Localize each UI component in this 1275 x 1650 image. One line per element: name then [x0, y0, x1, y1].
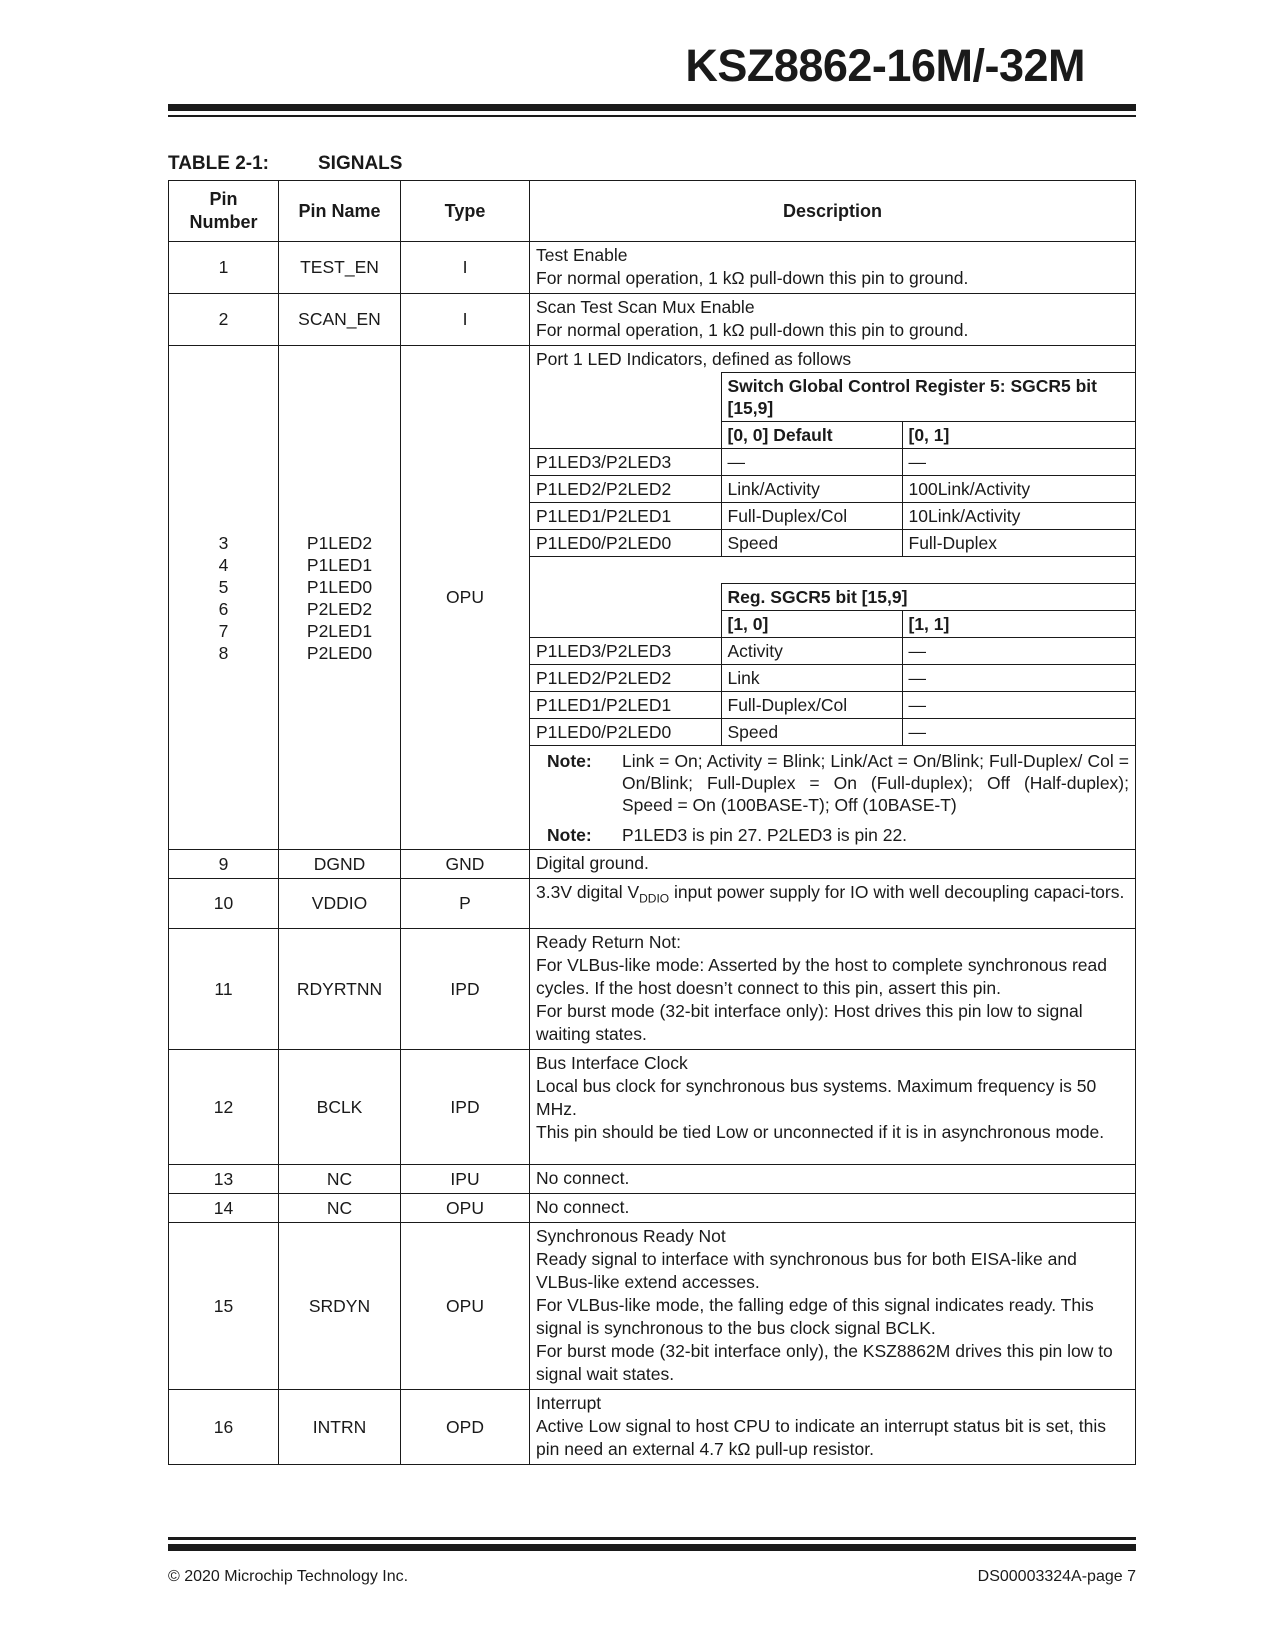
pin-number: 16: [169, 1390, 279, 1465]
footer-rule-thin: [168, 1537, 1136, 1540]
led-row: P1LED3/P2LED3Activity—: [530, 638, 1135, 665]
pin-description: 3.3V digital VDDIO input power supply fo…: [530, 879, 1136, 929]
led-note: Note: P1LED3 is pin 27. P2LED3 is pin 22…: [530, 824, 1135, 846]
pin-number: 11: [169, 929, 279, 1050]
table-row: 1 TEST_EN I Test EnableFor normal operat…: [169, 242, 1136, 294]
pin-description: Ready Return Not:For VLBus-like mode: As…: [530, 929, 1136, 1050]
table-caption: TABLE 2-1:SIGNALS: [168, 153, 402, 175]
led-col-header: [1, 1]: [902, 611, 1135, 638]
pin-description: Scan Test Scan Mux EnableFor normal oper…: [530, 294, 1136, 346]
led-note: Note: Link = On; Activity = Blink; Link/…: [530, 750, 1135, 816]
pin-number: 1: [169, 242, 279, 294]
header-pin-number: Pin Number: [169, 181, 279, 242]
led-mode-table-1: Switch Global Control Register 5: SGCR5 …: [530, 372, 1135, 583]
led-col-header: [0, 0] Default: [721, 422, 902, 449]
table-row: 11 RDYRTNN IPD Ready Return Not:For VLBu…: [169, 929, 1136, 1050]
footer-copyright: © 2020 Microchip Technology Inc.: [168, 1568, 408, 1586]
footer-rule-thick: [168, 1544, 1136, 1551]
header-rule-thick: [168, 104, 1136, 111]
table-row: 15 SRDYN OPU Synchronous Ready NotReady …: [169, 1223, 1136, 1390]
pin-number: 2: [169, 294, 279, 346]
led-group-header: Reg. SGCR5 bit [15,9]: [721, 584, 1135, 611]
pin-name: DGND: [279, 850, 401, 879]
pin-type: OPU: [401, 1194, 530, 1223]
signals-table: Pin Number Pin Name Type Description 1 T…: [168, 180, 1136, 1465]
led-row: P1LED2/P2LED2Link—: [530, 665, 1135, 692]
led-row: P1LED2/P2LED2Link/Activity100Link/Activi…: [530, 476, 1135, 503]
pin-description: InterruptActive Low signal to host CPU t…: [530, 1390, 1136, 1465]
table-caption-title: SIGNALS: [318, 153, 402, 174]
pin-type: OPU: [401, 346, 530, 850]
pin-name: INTRN: [279, 1390, 401, 1465]
table-row: 9 DGND GND Digital ground.: [169, 850, 1136, 879]
header-type: Type: [401, 181, 530, 242]
led-description: Port 1 LED Indicators, defined as follow…: [530, 346, 1136, 850]
footer-page-ref: DS00003324A-page 7: [978, 1568, 1136, 1586]
pin-description: No connect.: [530, 1194, 1136, 1223]
table-row: 14 NC OPU No connect.: [169, 1194, 1136, 1223]
table-row: 16 INTRN OPD InterruptActive Low signal …: [169, 1390, 1136, 1465]
header-rule-thin: [168, 115, 1136, 117]
document-title: KSZ8862-16M/-32M: [685, 40, 1085, 92]
table-row: 10 VDDIO P 3.3V digital VDDIO input powe…: [169, 879, 1136, 929]
led-col-header: [0, 1]: [902, 422, 1135, 449]
pin-name: NC: [279, 1194, 401, 1223]
led-row: P1LED0/P2LED0SpeedFull-Duplex: [530, 530, 1135, 557]
header-description: Description: [530, 181, 1136, 242]
pin-number: 13: [169, 1165, 279, 1194]
table-caption-number: TABLE 2-1:: [168, 153, 318, 175]
pin-number: 15: [169, 1223, 279, 1390]
pin-name-list: P1LED2P1LED1P1LED0 P2LED2P2LED1P2LED0: [279, 346, 401, 850]
led-row: P1LED0/P2LED0Speed—: [530, 719, 1135, 746]
pin-description: Synchronous Ready NotReady signal to int…: [530, 1223, 1136, 1390]
pin-name: SRDYN: [279, 1223, 401, 1390]
pin-type: I: [401, 294, 530, 346]
led-row: P1LED1/P2LED1Full-Duplex/Col—: [530, 692, 1135, 719]
pin-description: No connect.: [530, 1165, 1136, 1194]
pin-type: IPU: [401, 1165, 530, 1194]
pin-type: OPD: [401, 1390, 530, 1465]
pin-number: 10: [169, 879, 279, 929]
table-row-led-pins: 345 678 P1LED2P1LED1P1LED0 P2LED2P2LED1P…: [169, 346, 1136, 850]
table-row: 2 SCAN_EN I Scan Test Scan Mux EnableFor…: [169, 294, 1136, 346]
pin-name: RDYRTNN: [279, 929, 401, 1050]
pin-name: VDDIO: [279, 879, 401, 929]
led-mode-table-2: Reg. SGCR5 bit [15,9] [1, 0] [1, 1] P1LE…: [530, 583, 1135, 746]
led-row: P1LED3/P2LED3——: [530, 449, 1135, 476]
pin-type: IPD: [401, 1050, 530, 1165]
pin-number-list: 345 678: [169, 346, 279, 850]
pin-name: SCAN_EN: [279, 294, 401, 346]
table-header-row: Pin Number Pin Name Type Description: [169, 181, 1136, 242]
pin-description: Bus Interface ClockLocal bus clock for s…: [530, 1050, 1136, 1165]
led-intro: Port 1 LED Indicators, defined as follow…: [530, 346, 1135, 372]
led-col-header: [1, 0]: [721, 611, 902, 638]
pin-number: 12: [169, 1050, 279, 1165]
pin-type: GND: [401, 850, 530, 879]
pin-type: OPU: [401, 1223, 530, 1390]
table-row: 13 NC IPU No connect.: [169, 1165, 1136, 1194]
pin-type: I: [401, 242, 530, 294]
led-group-header: Switch Global Control Register 5: SGCR5 …: [721, 373, 1135, 422]
pin-name: TEST_EN: [279, 242, 401, 294]
pin-description: Digital ground.: [530, 850, 1136, 879]
pin-type: P: [401, 879, 530, 929]
pin-type: IPD: [401, 929, 530, 1050]
pin-description: Test EnableFor normal operation, 1 kΩ pu…: [530, 242, 1136, 294]
pin-name: BCLK: [279, 1050, 401, 1165]
pin-number: 14: [169, 1194, 279, 1223]
header-pin-name: Pin Name: [279, 181, 401, 242]
led-row: P1LED1/P2LED1Full-Duplex/Col10Link/Activ…: [530, 503, 1135, 530]
pin-number: 9: [169, 850, 279, 879]
table-row: 12 BCLK IPD Bus Interface ClockLocal bus…: [169, 1050, 1136, 1165]
pin-name: NC: [279, 1165, 401, 1194]
